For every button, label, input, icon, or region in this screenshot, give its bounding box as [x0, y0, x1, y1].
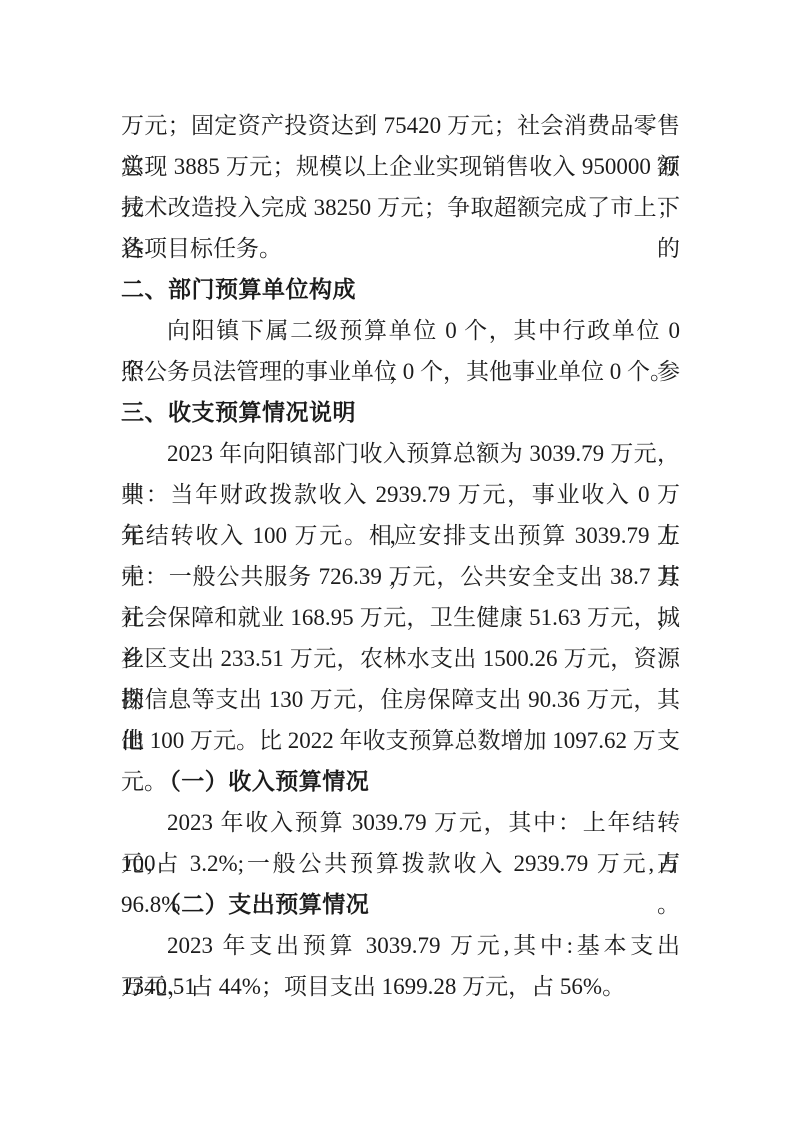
body-line: 2023 年向阳镇部门收入预算总额为 3039.79 万元，其: [121, 433, 680, 474]
section-heading-2: 二、部门预算单位构成: [121, 269, 680, 310]
body-line: 社会保障和就业 168.95 万元，卫生健康 51.63 万元，城乡: [121, 597, 680, 638]
body-line: 向阳镇下属二级预算单位 0 个，其中行政单位 0 个，参: [121, 310, 680, 351]
body-line: 2023 年收入预算 3039.79 万元，其中：上年结转 100 万: [121, 802, 680, 843]
body-line: 年结转收入 100 万元。相应安排支出预算 3039.79 万元，其: [121, 515, 680, 556]
document-body: 万元；固定资产投资达到 75420 万元；社会消费品零售总额 实现 3885 万…: [121, 105, 680, 1007]
body-line: 照公务员法管理的事业单位 0 个，其他事业单位 0 个。: [121, 351, 680, 392]
body-line: 万元，占 44%；项目支出 1699.28 万元，占 56%。: [121, 966, 680, 1007]
body-line: 探信息等支出 130 万元，住房保障支出 90.36 万元，其他支: [121, 679, 680, 720]
body-line: 中：一般公共服务 726.39 万元，公共安全支出 38.7 万元，: [121, 556, 680, 597]
body-line: 万元；固定资产投资达到 75420 万元；社会消费品零售总额: [121, 105, 680, 146]
body-line: 中：当年财政拨款收入 2939.79 万元，事业收入 0 万元，上: [121, 474, 680, 515]
subsection-heading-income: （一）收入预算情况: [121, 761, 680, 802]
body-line: 实现 3885 万元；规模以上企业实现销售收入 950000 万元；: [121, 146, 680, 187]
body-line: 2023 年支出预算 3039.79 万元,其中:基本支出 1340.51: [121, 925, 680, 966]
body-line: 元,占 3.2%;一般公共预算拨款收入 2939.79 万元,占 96.8%。: [121, 843, 680, 884]
body-line: 技术改造投入完成 38250 万元；争取超额完成了市上下达的: [121, 187, 680, 228]
document-page: 万元；固定资产投资达到 75420 万元；社会消费品零售总额 实现 3885 万…: [0, 0, 793, 1122]
body-line: 社区支出 233.51 万元，农林水支出 1500.26 万元，资源勘: [121, 638, 680, 679]
section-heading-3: 三、收支预算情况说明: [121, 392, 680, 433]
body-line: 出 100 万元。比 2022 年收支预算总数增加 1097.62 万元。: [121, 720, 680, 761]
